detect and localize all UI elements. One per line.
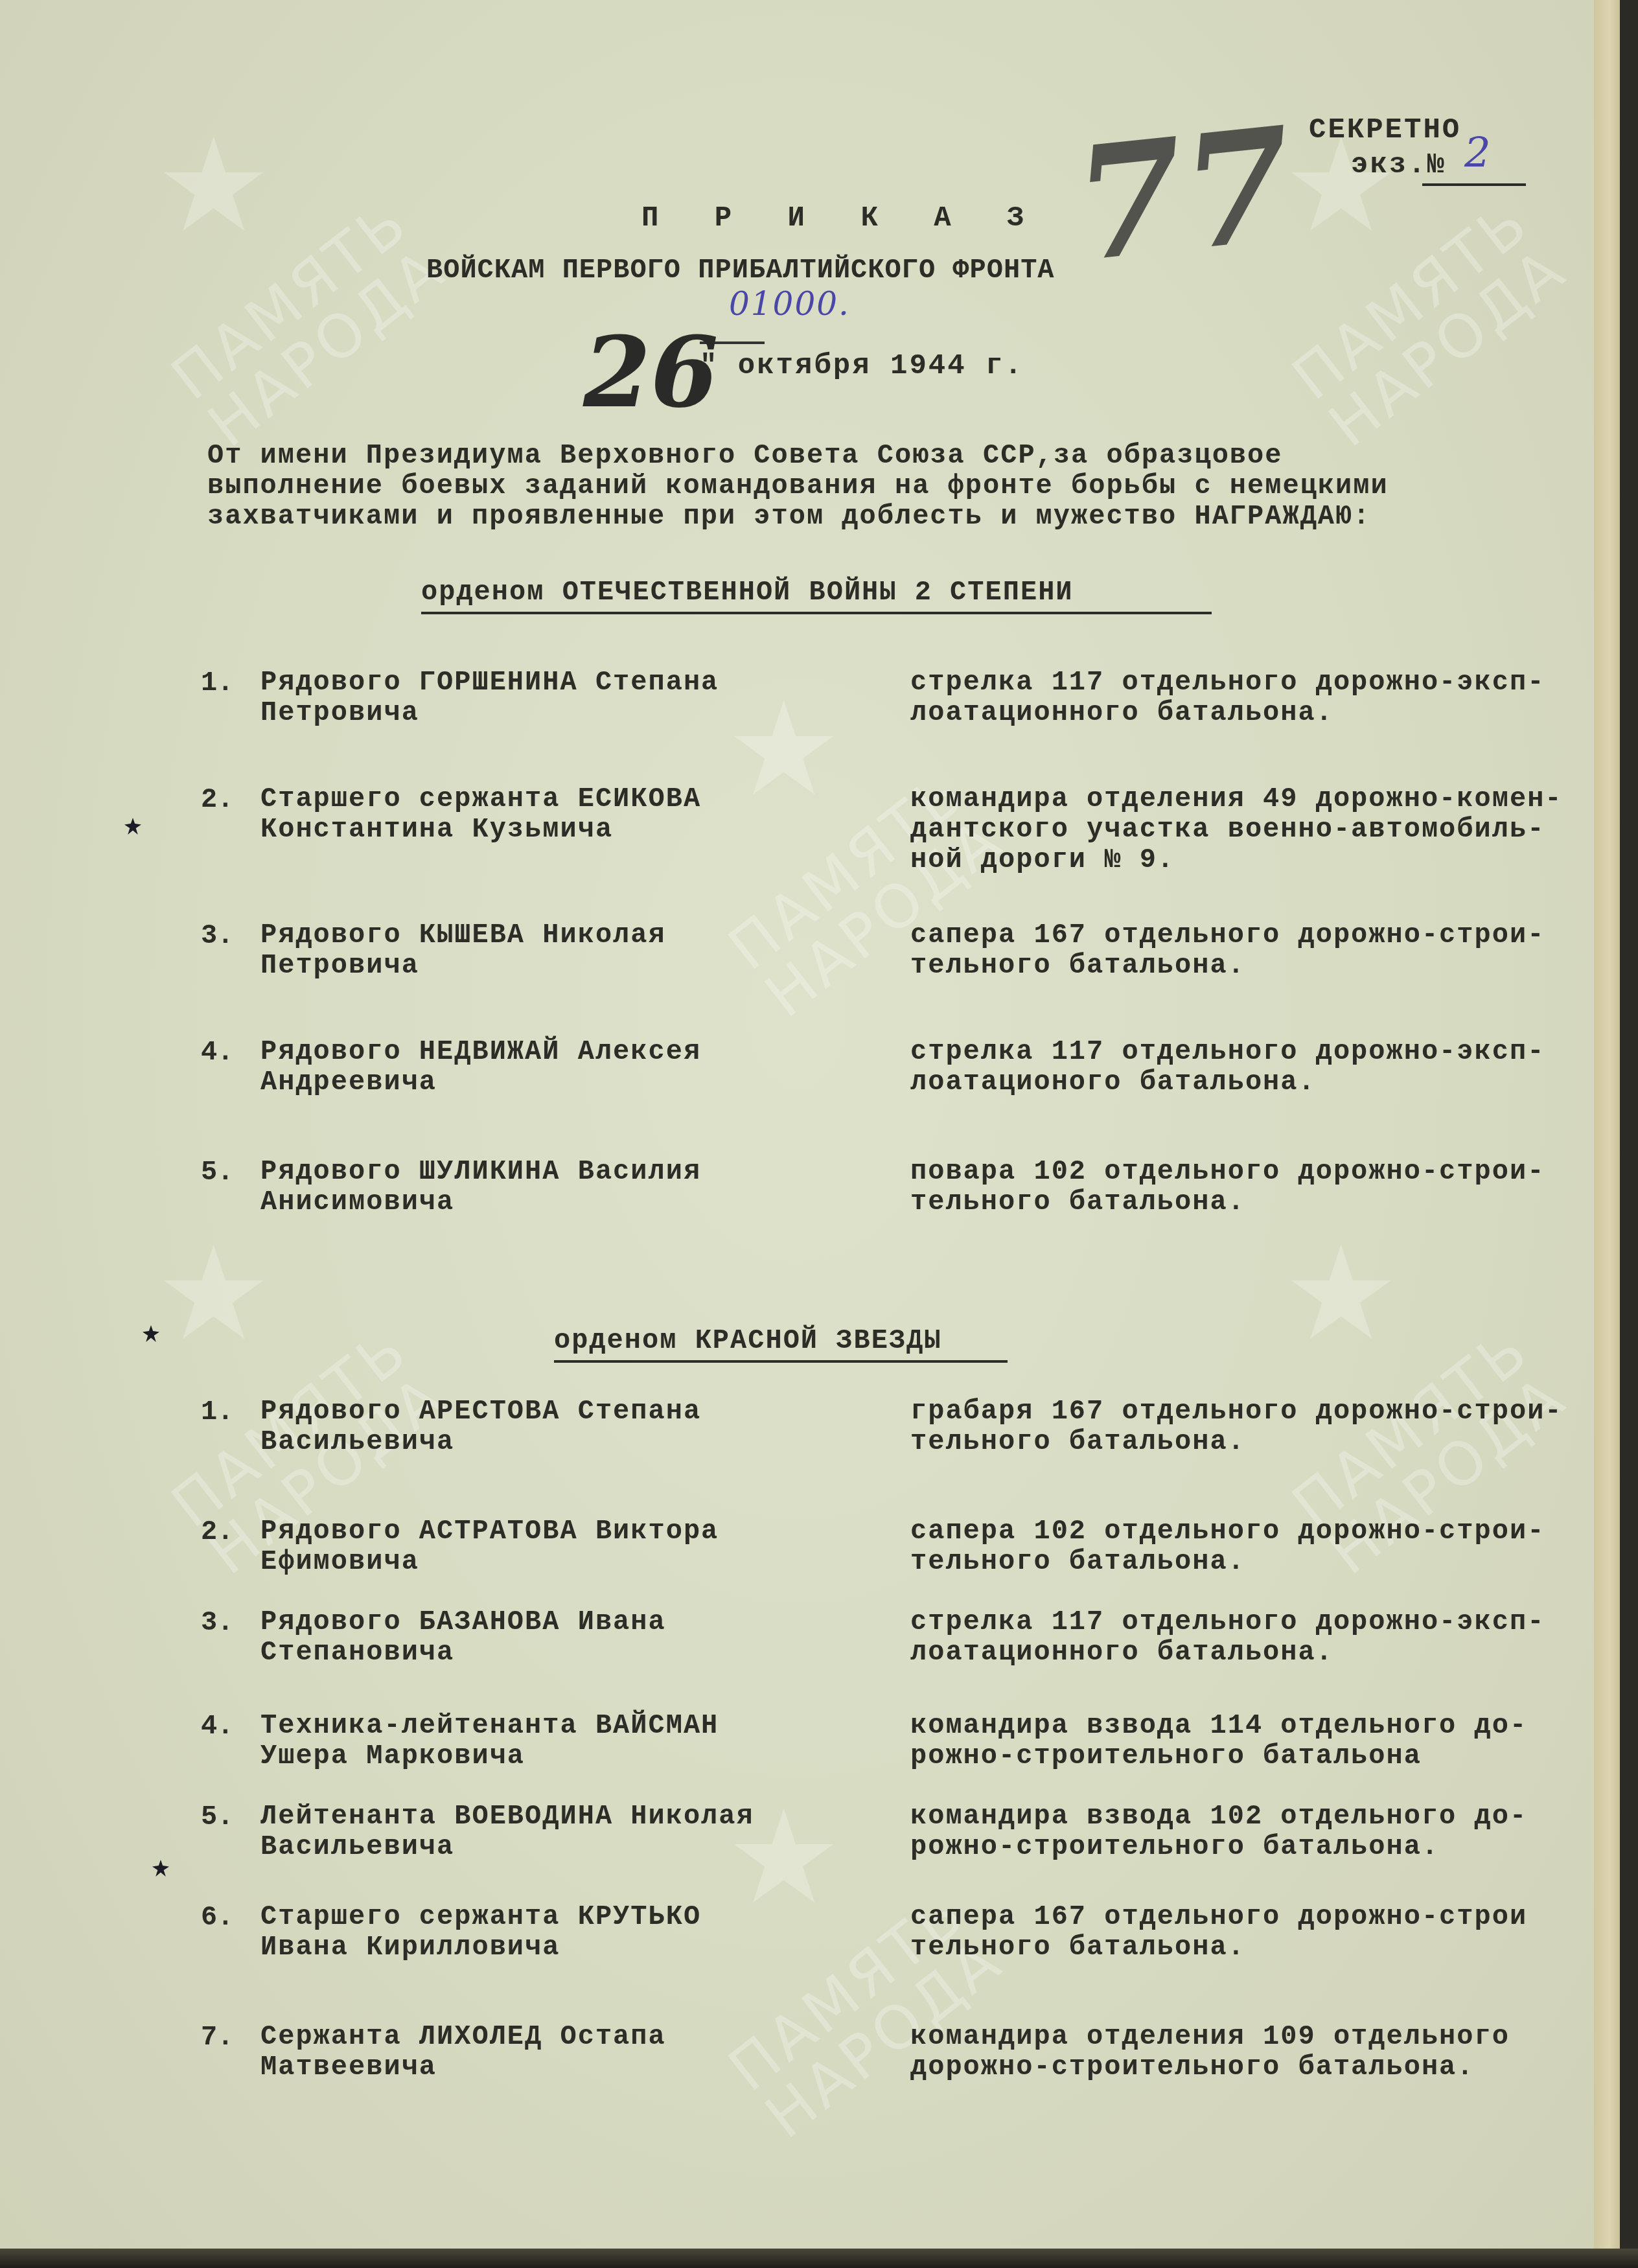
punch-hole [152,1860,169,1877]
recipient-name: Рядового ГОРШЕНИНА Степана Петровича [260,667,719,728]
classification-stamp: СЕКРЕТНО [1309,114,1461,146]
copy-number-handwritten: 2 [1464,130,1492,178]
pencil-annotation: 77 [1068,106,1299,283]
punch-hole [124,818,141,835]
recipient-name: Старшего сержанта КРУТЬКО Ивана Кириллов… [260,1902,701,1963]
entry-number: 4. [201,1711,233,1742]
recipient-position: грабаря 167 отдельного дорожно-строи- те… [910,1396,1563,1457]
recipient-name: Рядового НЕДВИЖАЙ Алексея Андреевича [260,1037,701,1098]
recipient-position: стрелка 117 отдельного дорожно-эксп- лоа… [910,1037,1545,1098]
punch-hole [143,1325,159,1342]
preamble: От имени Президиума Верховного Совета Со… [207,441,1389,532]
watermark-star-icon: ★ [156,110,271,261]
entry-number: 1. [201,667,233,699]
watermark-star-icon: ★ [726,674,842,825]
watermark: ПАМЯТЬ НАРОДА [1283,191,1576,457]
watermark-star-icon: ★ [1283,1218,1399,1369]
order-number-handwritten: 01000. [729,285,850,323]
document-subtitle: ВОЙСКАМ ПЕРВОГО ПРИБАЛТИЙСКОГО ФРОНТА [426,255,1055,286]
recipient-name: Рядового АСТРАТОВА Виктора Ефимовича [260,1516,719,1577]
recipient-name: Лейтенанта ВОЕВОДИНА Николая Васильевича [260,1801,754,1862]
recipient-position: стрелка 117 отдельного дорожно-эксп- лоа… [910,667,1545,728]
recipient-name: Старшего сержанта ЕСИКОВА Константина Ку… [260,784,701,845]
entry-number: 5. [201,1801,233,1833]
recipient-name: Рядового ШУЛИКИНА Василия Анисимовича [260,1157,701,1218]
recipient-position: командира отделения 49 дорожно-комен- да… [910,784,1563,875]
section-title-patriotic-war-order: орденом ОТЕЧЕСТВЕННОЙ ВОЙНЫ 2 СТЕПЕНИ [421,577,1212,614]
recipient-position: сапера 167 отдельного дорожно-строи тель… [910,1902,1527,1963]
recipient-name: Техника-лейтенанта ВАЙСМАН Ушера Маркови… [260,1711,719,1772]
recipient-position: сапера 167 отдельного дорожно-строи- тел… [910,920,1545,981]
entry-number: 4. [201,1037,233,1068]
document-title: П Р И К А З [641,202,1043,235]
recipient-position: повара 102 отдельного дорожно-строи- тел… [910,1157,1545,1218]
recipient-position: сапера 102 отдельного дорожно-строи- тел… [910,1516,1545,1577]
entry-number: 2. [201,784,233,815]
recipient-position: командира взвода 114 отдельного до- рожн… [910,1711,1527,1772]
scan-edge-shadow [0,2249,1638,2268]
entry-number: 2. [201,1516,233,1547]
entry-number: 7. [201,2022,233,2053]
entry-number: 3. [201,920,233,951]
recipient-name: Рядового АРЕСТОВА Степана Васильевича [260,1396,701,1457]
recipient-position: стрелка 117 отдельного дорожно-эксп- лоа… [910,1607,1545,1668]
copy-label: экз.№ [1351,149,1446,181]
copy-number-underline [1422,183,1526,186]
watermark: ПАМЯТЬ НАРОДА [162,191,456,457]
recipient-name: Сержанта ЛИХОЛЕД Остапа Матвеевича [260,2022,666,2083]
entry-number: 5. [201,1157,233,1188]
entry-number: 3. [201,1607,233,1638]
document-date: " октября 1944 г. [700,350,1024,382]
recipient-name: Рядового БАЗАНОВА Ивана Степановича [260,1607,666,1668]
date-day-handwritten: 26 [583,324,719,421]
entry-number: 1. [201,1396,233,1428]
watermark-star-icon: ★ [156,1218,271,1369]
recipient-position: командира взвода 102 отдельного до- рожн… [910,1801,1527,1862]
section-title-red-star-order: орденом КРАСНОЙ ЗВЕЗДЫ [554,1325,1008,1363]
recipient-name: Рядового КЫШЕВА Николая Петровича [260,920,666,981]
recipient-position: командира отделения 109 отдельного дорож… [910,2022,1510,2083]
entry-number: 6. [201,1902,233,1933]
document-page: ★ ПАМЯТЬ НАРОДА ★ ПАМЯТЬ НАРОДА ★ ПАМЯТЬ… [0,0,1620,2252]
